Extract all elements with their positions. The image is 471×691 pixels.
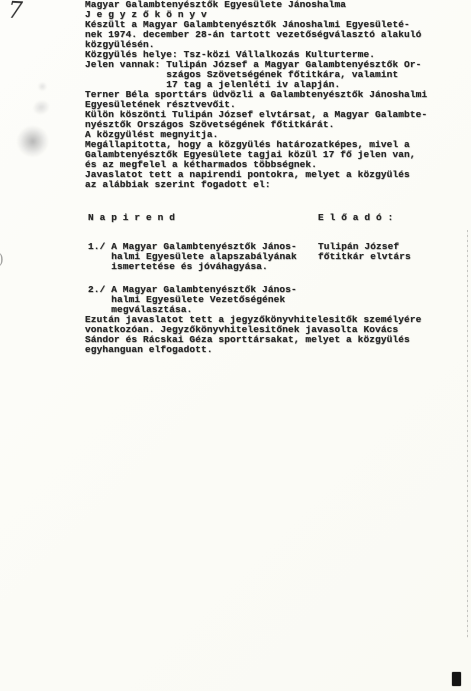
agenda-item-1: 1./ A Magyar Galambtenyésztők János- hal… xyxy=(85,242,430,272)
document-body: Magyar Galambtenyésztők Egyesülete János… xyxy=(85,0,430,355)
paragraph-meeting-details: Készült a Magyar Galambtenyésztők Jánosh… xyxy=(85,20,430,50)
agenda-item-2-text: 2./ A Magyar Galambtenyésztők János- hal… xyxy=(88,285,430,315)
paragraph-greeting: Terner Béla sporttárs üdvözli a Galambte… xyxy=(85,90,430,130)
paragraph-attendees: Jelen vannak: Tulipán József a Magyar Ga… xyxy=(85,60,430,90)
margin-pen-mark: ) xyxy=(0,250,4,268)
scan-corner-mark xyxy=(452,672,461,686)
scanned-document-page: 7 ) Magyar Galambtenyésztők Egyesülete J… xyxy=(0,0,471,691)
paragraph-quorum: Megállapitotta, hogy a közgyülés határoz… xyxy=(85,140,430,170)
agenda-item-1-presenter: Tulipán József főtitkár elvtárs xyxy=(318,242,411,262)
agenda-heading-row: N a p i r e n d E l ő a d ó : xyxy=(85,213,430,223)
handwritten-page-number: 7 xyxy=(7,0,23,24)
paragraph-agenda-proposal: Javaslatot tett a napirendi pontokra, me… xyxy=(85,170,430,190)
paragraph-closing: Ezután javaslatot tett a jegyzőkönyvhite… xyxy=(85,315,430,355)
agenda-heading: N a p i r e n d xyxy=(88,213,175,223)
pencil-smudge xyxy=(0,71,77,163)
scan-edge-line xyxy=(467,230,468,638)
presenter-heading: E l ő a d ó : xyxy=(318,213,393,223)
agenda-item-2: 2./ A Magyar Galambtenyésztők János- hal… xyxy=(85,285,430,315)
